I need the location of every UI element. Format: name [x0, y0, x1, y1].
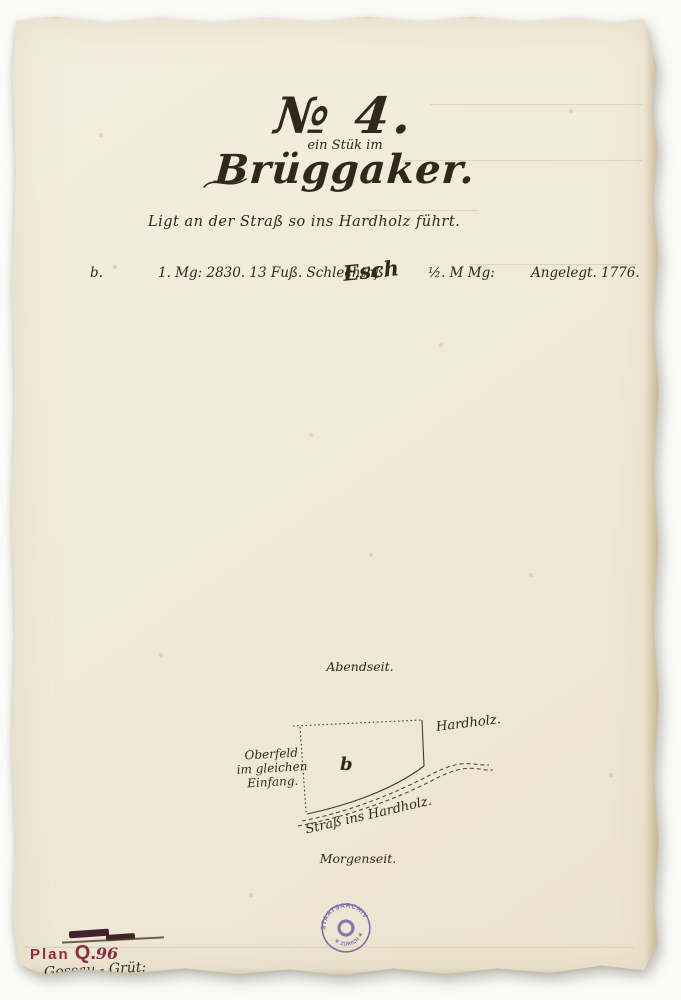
annotation-fieldname: Bruggacker — [54, 975, 138, 995]
paper-edge-top — [10, 14, 660, 19]
parcel-letter: b. — [90, 265, 103, 281]
established-year: Angelegt. 1776. — [531, 265, 640, 281]
paper-speckles — [10, 14, 12, 16]
sketch-label-west: Abendseit. — [310, 659, 410, 674]
sketch-label-oberfeld-line2: im gleichen Einfang. — [236, 759, 307, 790]
sketch-label-east: Morgenseit. — [308, 851, 408, 866]
document-number: № 4. — [237, 86, 453, 145]
svg-text:STAATSARCHIV: STAATSARCHIV — [315, 896, 370, 932]
scan-background: № 4. ein Stük im Brüggaker. Ligt an der … — [0, 0, 681, 1000]
struck-out-mark — [69, 929, 109, 939]
stamp-text-top: STAATSARCHIV — [315, 896, 370, 932]
shelfmark-letter: Q. — [75, 942, 96, 964]
share-measure: ½. M Mg: — [428, 265, 495, 281]
archive-stamp-icon: STAATSARCHIV ✳ ZÜRICH ✳ — [311, 893, 380, 962]
paper-edge-right — [644, 14, 660, 978]
title-swash-flourish — [202, 172, 248, 192]
sketch-label-oberfeld: Oberfeld im gleichen Einfang. — [215, 744, 329, 792]
location-note: Ligt an der Straß so ins Hardholz führt. — [148, 214, 460, 230]
guide-line — [368, 210, 478, 211]
sketch-parcel-letter: b — [340, 754, 353, 775]
paper-surface: № 4. ein Stük im Brüggaker. Ligt an der … — [10, 14, 660, 978]
guide-line — [430, 104, 642, 105]
field-name: Esch — [342, 255, 400, 286]
shelfmark-plan-word: Plan — [30, 946, 70, 963]
paper-sheet: № 4. ein Stük im Brüggaker. Ligt an der … — [10, 14, 660, 978]
